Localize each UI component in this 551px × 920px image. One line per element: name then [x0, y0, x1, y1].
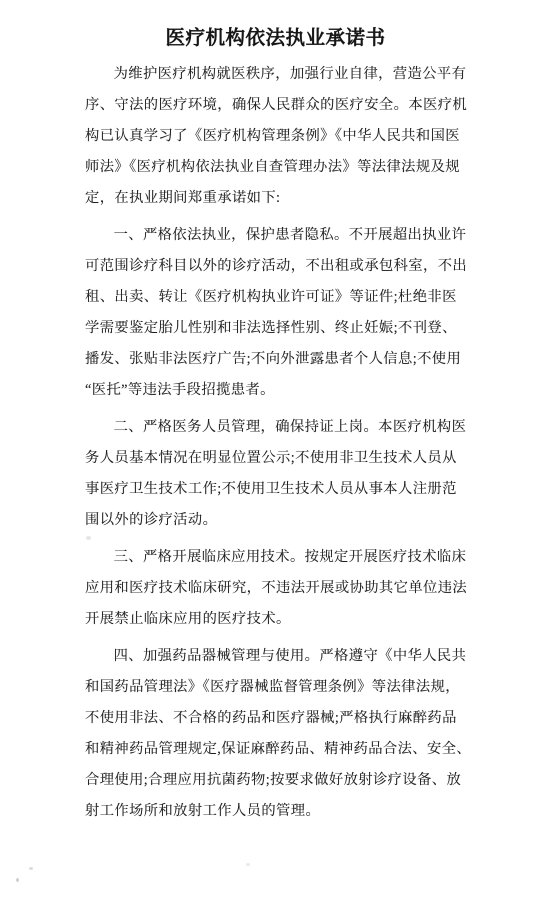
scan-speck	[86, 536, 91, 540]
document-body: 为维护医疗机构就医秩序，加强行业自律，营造公平有 序、守法的医疗环境，确保人民群…	[85, 59, 473, 827]
scanned-document-page: 医疗机构依法执业承诺书 为维护医疗机构就医秩序，加强行业自律，营造公平有 序、守…	[0, 0, 551, 920]
paragraph-item-1: 一、严格依法执业，保护患者隐私。不开展超出执业许 可范围诊疗科目以外的诊疗活动，…	[85, 220, 473, 406]
scan-speck	[246, 863, 250, 866]
scan-speck	[29, 867, 33, 870]
document-title: 医疗机构依法执业承诺书	[82, 25, 470, 53]
paragraph-item-2: 二、严格医务人员管理，确保持证上岗。本医疗机构医 务人员基本情况在明显位置公示;…	[85, 412, 473, 536]
paragraph-intro: 为维护医疗机构就医秩序，加强行业自律，营造公平有 序、守法的医疗环境，确保人民群…	[85, 59, 473, 214]
paragraph-item-4: 四、加强药品器械管理与使用。严格遵守《中华人民共 和国药品管理法》《医疗器械监督…	[85, 641, 473, 827]
scan-speck	[16, 878, 19, 882]
paragraph-item-3: 三、严格开展临床应用技术。按规定开展医疗技术临床 应用和医疗技术临床研究，不违法…	[85, 542, 473, 635]
